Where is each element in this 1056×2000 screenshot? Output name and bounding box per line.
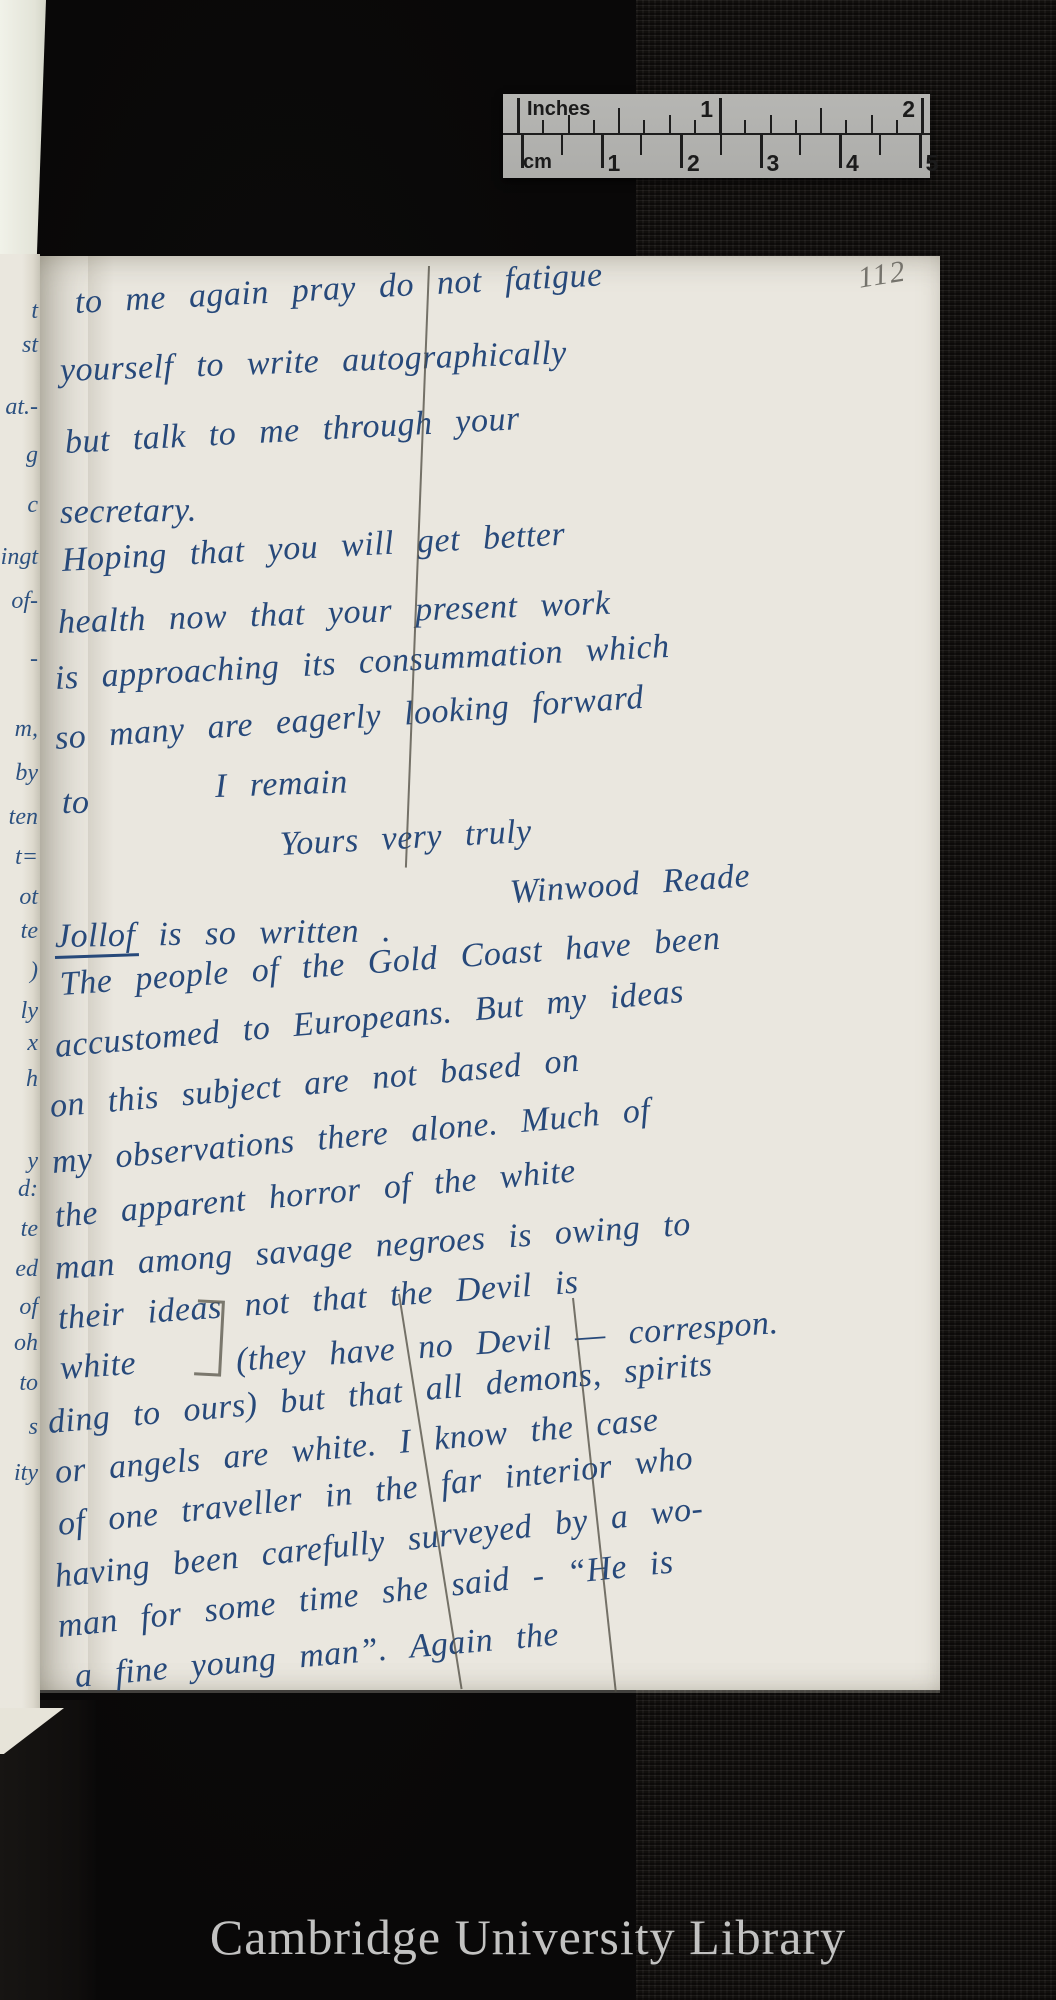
ruler-number: 5 — [926, 150, 939, 177]
margin-fragment: ten — [9, 804, 38, 831]
handwriting-line: I remain — [214, 763, 348, 806]
facing-page-sliver: tstat.-gcingtof--m,bytent=otte)lyxhyd:te… — [0, 254, 40, 1714]
margin-fragment: ot — [19, 884, 38, 911]
manuscript-photo-stage: Inches cm 1212345 tstat.-gcingtof--m,byt… — [0, 0, 1056, 2000]
ruler-tick — [744, 120, 746, 134]
ruler-number: 2 — [687, 150, 700, 177]
ruler-tick — [542, 120, 544, 134]
ruler-tick — [601, 135, 604, 168]
margin-fragment: ed — [15, 1256, 38, 1283]
pencil-closing-bracket — [194, 1299, 225, 1376]
handwriting-line: but talk to me through your — [64, 400, 521, 462]
ruler-tick — [820, 108, 822, 134]
inches-label: Inches — [527, 98, 590, 121]
handwriting-line: to — [62, 784, 89, 822]
margin-fragment: t= — [15, 844, 38, 871]
ruler-tick — [795, 120, 797, 134]
margin-fragment: oh — [14, 1330, 38, 1357]
handwriting-line: yourself to write autographically — [59, 334, 567, 390]
ruler-tick — [517, 98, 520, 134]
ruler-number: 1 — [608, 150, 621, 177]
margin-fragment: c — [27, 492, 38, 519]
ruler-tick — [618, 108, 620, 134]
ruler-tick — [694, 120, 696, 134]
margin-fragment: y — [27, 1148, 38, 1175]
ruler-tick — [919, 135, 922, 168]
margin-fragment: ity — [14, 1460, 38, 1487]
handwriting-line: white — [59, 1345, 138, 1388]
library-watermark: Cambridge University Library — [0, 1908, 1056, 1966]
margin-fragment: at.- — [5, 394, 38, 421]
cm-label: cm — [523, 151, 552, 174]
ruler-tick — [568, 115, 570, 134]
letter-page: 112 to me again pray do not fatigueyours… — [40, 256, 940, 1690]
margin-fragment: te — [21, 918, 38, 945]
margin-fragment: h — [26, 1066, 38, 1093]
margin-fragment: m, — [15, 716, 38, 743]
margin-fragment: d: — [18, 1176, 38, 1203]
ruler-tick — [680, 135, 683, 168]
ruler-tick — [879, 135, 881, 155]
ruler-tick — [669, 115, 671, 134]
measurement-scale-bar: Inches cm 1212345 — [503, 94, 930, 178]
ruler-tick — [845, 120, 847, 134]
ruler-tick — [799, 135, 801, 155]
margin-fragment: t — [31, 298, 38, 325]
handwriting-line: health now that your present work — [57, 585, 611, 642]
margin-fragment: - — [30, 646, 38, 673]
margin-fragment: of — [19, 1294, 38, 1321]
margin-fragment: ingt — [1, 544, 38, 571]
margin-fragment: ) — [30, 958, 38, 985]
ruler-tick — [770, 115, 772, 134]
ruler-tick — [561, 135, 563, 155]
margin-fragment: st — [22, 332, 38, 359]
ruler-number: 1 — [700, 96, 713, 123]
margin-fragment: g — [26, 442, 38, 469]
margin-fragment: te — [21, 1216, 38, 1243]
margin-fragment: by — [15, 760, 38, 787]
ruler-number: 3 — [767, 150, 780, 177]
ruler-tick — [719, 98, 722, 134]
ruler-tick — [643, 120, 645, 134]
handwriting-line: secretary. — [60, 492, 198, 532]
ruler-tick — [871, 115, 873, 134]
ruler-tick — [640, 135, 642, 155]
ruler-tick — [839, 135, 842, 168]
margin-fragment: s — [29, 1414, 38, 1441]
ruler-tick — [593, 120, 595, 134]
margin-fragment: ly — [21, 998, 38, 1025]
handwriting-line: to me again pray do not fatigue — [74, 256, 604, 322]
ruler-tick — [521, 135, 524, 168]
ruler-tick — [896, 120, 898, 134]
margin-fragment: of- — [11, 588, 38, 615]
archival-page-number: 112 — [856, 254, 909, 295]
ruler-number: 2 — [902, 96, 915, 123]
margin-fragment: x — [27, 1030, 38, 1057]
ruler-tick — [760, 135, 763, 168]
ruler-tick — [720, 135, 722, 155]
ruler-tick — [921, 98, 924, 134]
ruler-number: 4 — [846, 150, 859, 177]
handwriting-line: Winwood Reade — [509, 857, 752, 912]
margin-fragment: to — [19, 1370, 38, 1397]
